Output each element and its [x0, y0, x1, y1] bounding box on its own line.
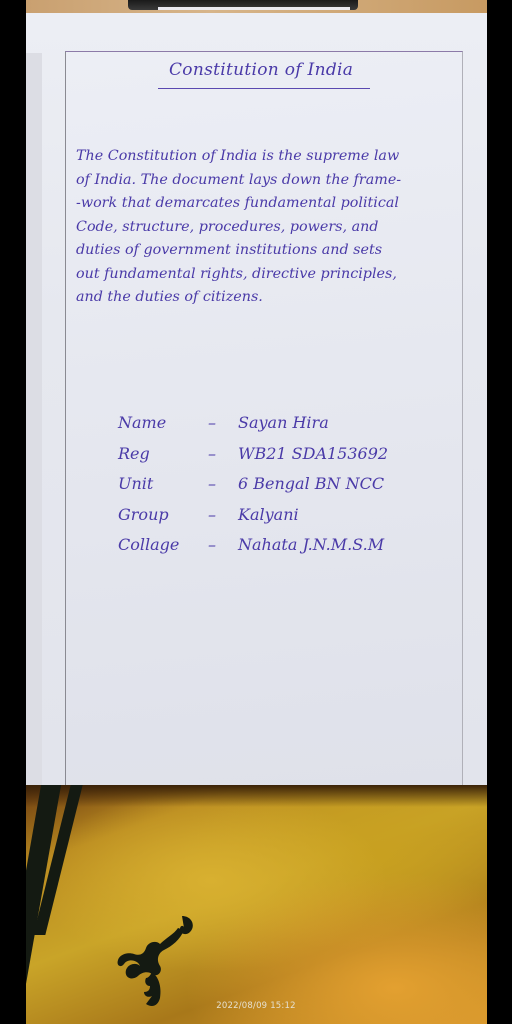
photo: Constitution of India The Constitution o… [26, 0, 487, 1024]
detail-dash: – [208, 408, 238, 439]
detail-row-group: Group – Kalyani [118, 500, 388, 531]
paragraph-line: of India. The document lays down the fra… [76, 169, 401, 193]
detail-row-reg: Reg – WB21 SDA153692 [118, 439, 388, 470]
detail-value: Kalyani [238, 500, 299, 531]
photo-timestamp: 2022/08/09 15:12 [0, 1001, 512, 1011]
paragraph-line: The Constitution of India is the supreme… [76, 145, 401, 169]
detail-label: Reg [118, 439, 208, 470]
clipboard-clip [128, 0, 358, 10]
paragraph-line: out fundamental rights, directive princi… [76, 263, 401, 287]
paragraph-line: -work that demarcates fundamental politi… [76, 192, 401, 216]
detail-row-name: Name – Sayan Hira [118, 408, 388, 439]
details-block: Name – Sayan Hira Reg – WB21 SDA153692 U… [118, 408, 388, 561]
detail-dash: – [208, 439, 238, 470]
detail-row-college: Collage – Nahata J.N.M.S.M [118, 530, 388, 561]
detail-value: 6 Bengal BN NCC [238, 469, 384, 500]
detail-value: WB21 SDA153692 [238, 439, 388, 470]
title-underline [158, 88, 370, 89]
detail-label: Collage [118, 530, 208, 561]
paragraph: The Constitution of India is the supreme… [76, 145, 401, 310]
page-title: Constitution of India [169, 60, 353, 80]
paragraph-line: and the duties of citizens. [76, 286, 401, 310]
paragraph-line: Code, structure, procedures, powers, and [76, 216, 401, 240]
paper-edge [26, 53, 42, 795]
detail-value: Sayan Hira [238, 408, 329, 439]
detail-label: Unit [118, 469, 208, 500]
paper-shadow [26, 785, 487, 807]
detail-dash: – [208, 500, 238, 531]
detail-value: Nahata J.N.M.S.M [238, 530, 384, 561]
cloth-motif-icon [112, 912, 202, 1012]
detail-dash: – [208, 530, 238, 561]
detail-dash: – [208, 469, 238, 500]
detail-label: Name [118, 408, 208, 439]
detail-label: Group [118, 500, 208, 531]
paragraph-line: duties of government institutions and se… [76, 239, 401, 263]
detail-row-unit: Unit – 6 Bengal BN NCC [118, 469, 388, 500]
cloth-background [26, 785, 487, 1024]
